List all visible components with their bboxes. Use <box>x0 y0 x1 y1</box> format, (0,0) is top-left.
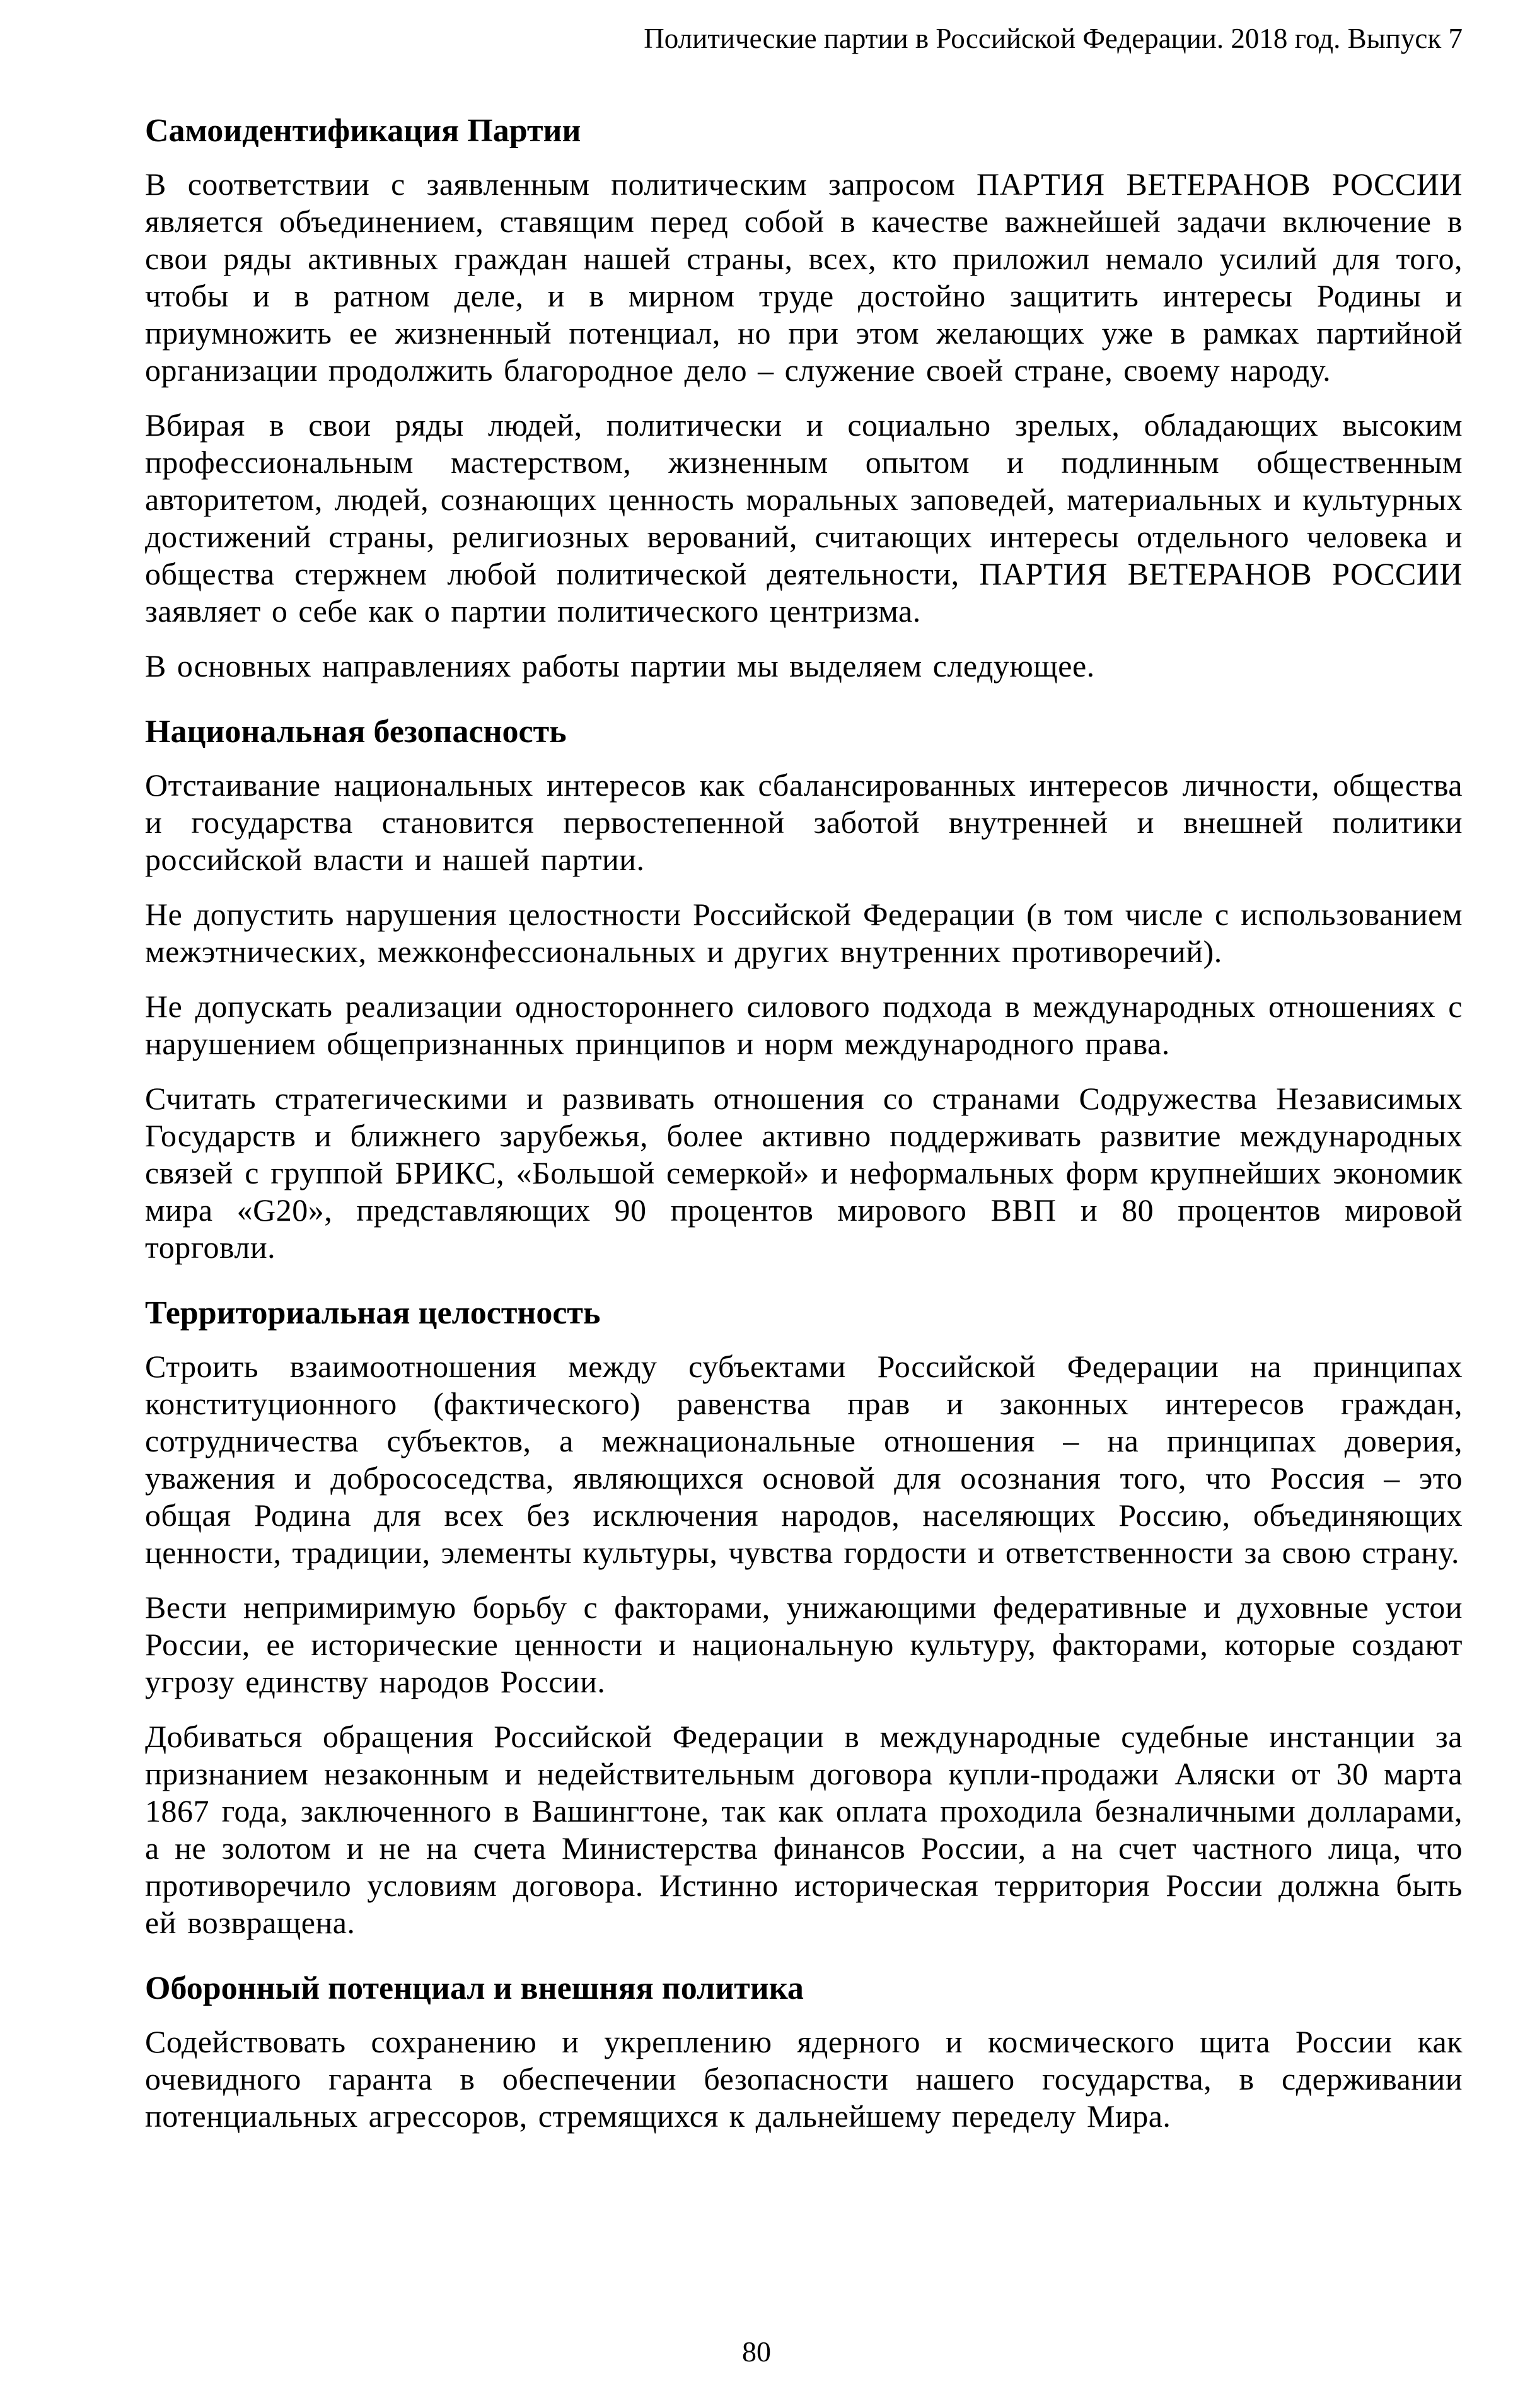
section-party-self-identification: Самоидентификация Партии В соответствии … <box>145 113 1463 685</box>
paragraph: В основных направлениях работы партии мы… <box>145 648 1463 685</box>
section-heading-self-identification: Самоидентификация Партии <box>145 113 1463 149</box>
section-heading-territorial-integrity: Территориальная целостность <box>145 1295 1463 1332</box>
paragraph: Не допустить нарушения целостности Росси… <box>145 896 1463 970</box>
paragraph: Не допускать реализации одностороннего с… <box>145 988 1463 1062</box>
section-national-security: Национальная безопасность Отстаивание на… <box>145 714 1463 1266</box>
page-number: 80 <box>0 2336 1513 2368</box>
section-defense-and-foreign-policy: Оборонный потенциал и внешняя политика С… <box>145 1970 1463 2135</box>
paragraph: Содействовать сохранению и укреплению яд… <box>145 2023 1463 2135</box>
section-heading-national-security: Национальная безопасность <box>145 714 1463 750</box>
paragraph: Считать стратегическими и развивать отно… <box>145 1080 1463 1266</box>
page-content: Политические партии в Российской Федерац… <box>145 22 1463 2153</box>
paragraph: В соответствии с заявленным политическим… <box>145 166 1463 389</box>
paragraph: Строить взаимоотношения между субъектами… <box>145 1348 1463 1571</box>
paragraph: Отстаивание национальных интересов как с… <box>145 767 1463 878</box>
paragraph: Вести непримиримую борьбу с факторами, у… <box>145 1589 1463 1701</box>
paragraph: Добиваться обращения Российской Федераци… <box>145 1718 1463 1941</box>
running-header: Политические партии в Российской Федерац… <box>145 22 1463 55</box>
section-territorial-integrity: Территориальная целостность Строить взаи… <box>145 1295 1463 1941</box>
paragraph: Вбирая в свои ряды людей, политически и … <box>145 407 1463 630</box>
section-heading-defense-foreign-policy: Оборонный потенциал и внешняя политика <box>145 1970 1463 2007</box>
document-page: Политические партии в Российской Федерац… <box>0 0 1513 2408</box>
